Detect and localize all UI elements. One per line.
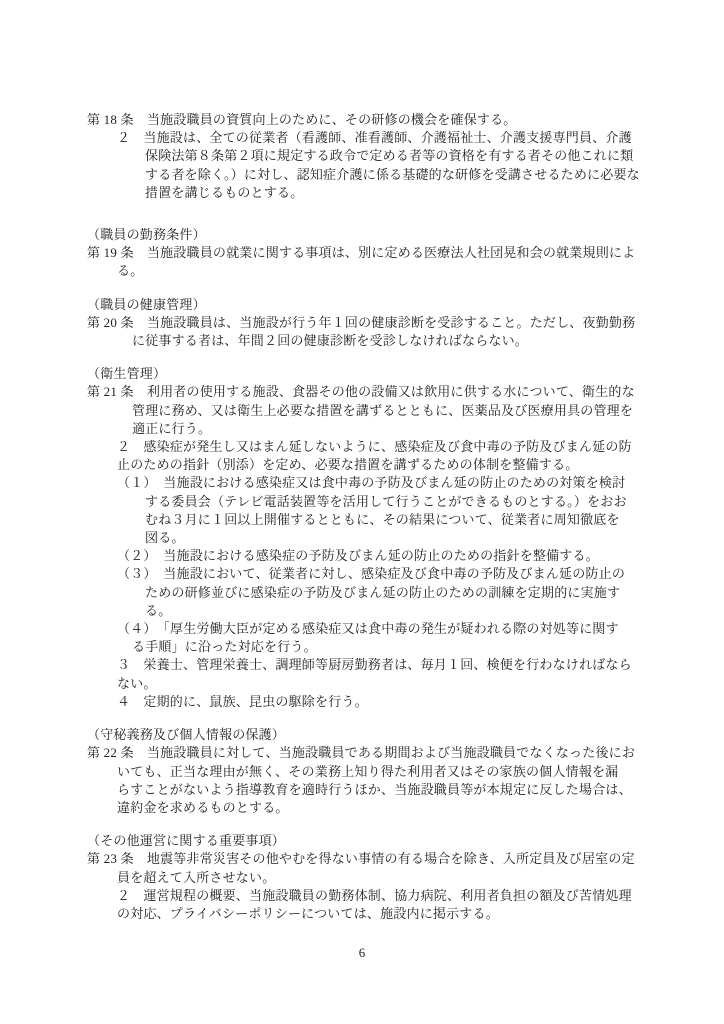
document-line: 措置を講じるものとする。: [87, 184, 684, 202]
document-section: （その他運営に関する重要事項）第 23 条 地震等非常災害その他やむを得ない事情…: [87, 832, 684, 923]
section-heading: （守秘義務及び個人情報の保護）: [87, 726, 684, 744]
document-section: （職員の勤務条件）第 19 条 当施設職員の就業に関する事項は、別に定める医療法…: [87, 226, 684, 281]
document-line: に従事する者は、年間２回の健康診断を受診しなければならない。: [87, 332, 684, 350]
document-line: （４） 「厚生労働大臣が定める感染症又は食中毒の発生が疑われる際の対処等に関す: [87, 620, 684, 638]
document-line: ない。: [87, 675, 684, 693]
section-heading: （職員の健康管理）: [87, 296, 684, 314]
section-heading: （衛生管理）: [87, 365, 684, 383]
document-line: 図る。: [87, 529, 684, 547]
document-section: （守秘義務及び個人情報の保護）第 22 条 当施設職員に対して、当施設職員である…: [87, 726, 684, 817]
document-line: いても、正当な理由が無く、その業務上知り得た利用者又はその家族の個人情報を漏: [87, 763, 684, 781]
document-line: 第 20 条 当施設職員は、当施設が行う年１回の健康診断を受診すること。ただし、…: [87, 314, 684, 332]
page-number: 6: [0, 944, 724, 962]
document-line: る。: [87, 602, 684, 620]
document-line: ４ 定期的に、鼠族、昆虫の駆除を行う。: [87, 693, 684, 711]
document-line: 員を超えて入所させない。: [87, 869, 684, 887]
document-line: る。: [87, 262, 684, 280]
document-line: 第 19 条 当施設職員の就業に関する事項は、別に定める医療法人社団晃和会の就業…: [87, 244, 684, 262]
document-line: る手順」に沿った対応を行う。: [87, 638, 684, 656]
document-line: 保険法第８条第２項に規定する政令で定める者等の資格を有する者その他これに類: [87, 147, 684, 165]
document-line: （２） 当施設における感染症の予防及びまん延の防止のための指針を整備する。: [87, 547, 684, 565]
document-line: ２ 運営規程の概要、当施設職員の勤務体制、協力病院、利用者負担の額及び苦情処理: [87, 887, 684, 905]
document-line: ２ 当施設は、全ての従業者（看護師、准看護師、介護福祉士、介護支援専門員、介護: [87, 129, 684, 147]
document-section: （衛生管理）第 21 条 利用者の使用する施設、食器その他の設備又は飲用に供する…: [87, 365, 684, 711]
document-line: 管理に務め、又は衛生上必要な措置を講ずるとともに、医薬品及び医療用具の管理を: [87, 402, 684, 420]
document-body: 第 18 条 当施設職員の資質向上のために、その研修の機会を確保する。２ 当施設…: [87, 111, 684, 923]
document-line: ３ 栄養士、管理栄養士、調理師等厨房勤務者は、毎月１回、検便を行わなければなら: [87, 656, 684, 674]
document-section: 第 18 条 当施設職員の資質向上のために、その研修の機会を確保する。２ 当施設…: [87, 111, 684, 202]
document-line: 第 22 条 当施設職員に対して、当施設職員である期間および当施設職員でなくなっ…: [87, 744, 684, 762]
document-line: ２ 感染症が発生し又はまん延しないように、感染症及び食中毒の予防及びまん延の防: [87, 438, 684, 456]
document-line: する委員会（テレビ電話装置等を活用して行うことができるものとする。）をおお: [87, 493, 684, 511]
document-line: 第 21 条 利用者の使用する施設、食器その他の設備又は飲用に供する水について、…: [87, 383, 684, 401]
document-line: する者を除く。）に対し、認知症介護に係る基礎的な研修を受講させるために必要な: [87, 166, 684, 184]
document-line: 適正に行う。: [87, 420, 684, 438]
document-line: らすことがないよう指導教育を適時行うほか、当施設職員等が本規定に反した場合は、: [87, 781, 684, 799]
document-line: 違約金を求めるものとする。: [87, 799, 684, 817]
section-heading: （職員の勤務条件）: [87, 226, 684, 244]
document-line: （３） 当施設において、従業者に対し、感染症及び食中毒の予防及びまん延の防止の: [87, 565, 684, 583]
document-line: ための研修並びに感染症の予防及びまん延の防止のための訓練を定期的に実施す: [87, 584, 684, 602]
document-line: むね３月に１回以上開催するとともに、その結果について、従業者に周知徹底を: [87, 511, 684, 529]
document-line: 止のための指針（別添）を定め、必要な措置を講ずるための体制を整備する。: [87, 456, 684, 474]
section-heading: （その他運営に関する重要事項）: [87, 832, 684, 850]
document-line: 第 23 条 地震等非常災害その他やむを得ない事情の有る場合を除き、入所定員及び…: [87, 850, 684, 868]
document-line: （１） 当施設における感染症又は食中毒の予防及びまん延の防止のための対策を検討: [87, 474, 684, 492]
document-line: の対応、プライバシーポリシーについては、施設内に掲示する。: [87, 905, 684, 923]
document-line: 第 18 条 当施設職員の資質向上のために、その研修の機会を確保する。: [87, 111, 684, 129]
document-section: （職員の健康管理）第 20 条 当施設職員は、当施設が行う年１回の健康診断を受診…: [87, 296, 684, 351]
